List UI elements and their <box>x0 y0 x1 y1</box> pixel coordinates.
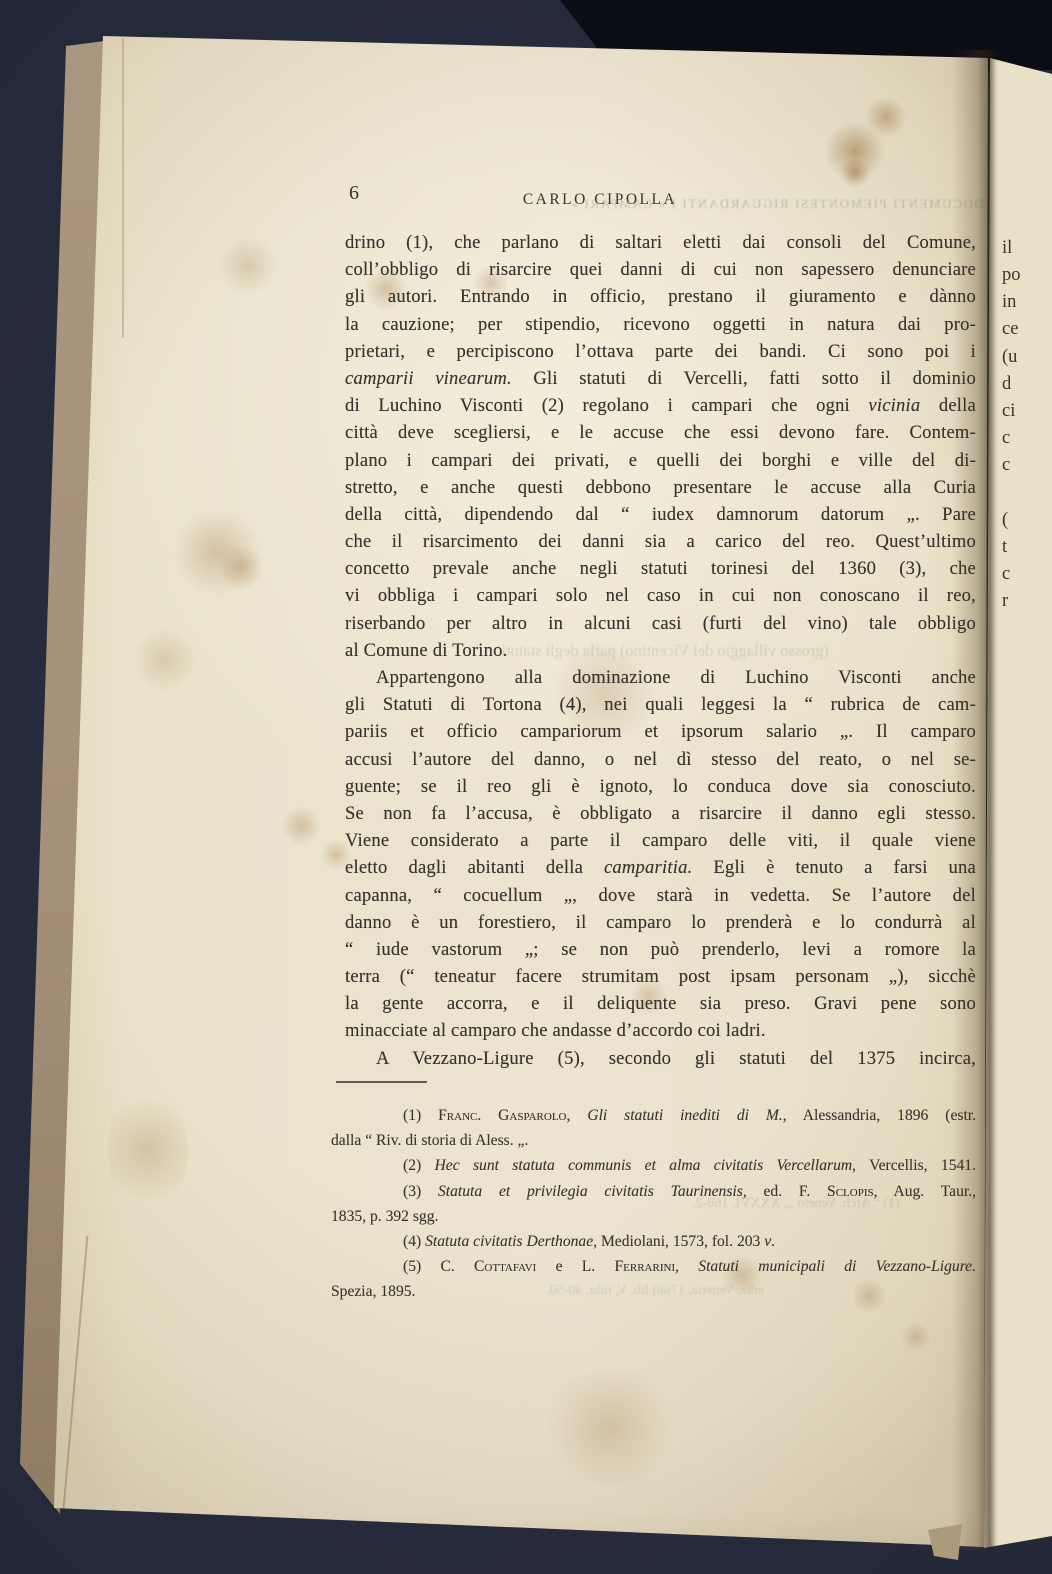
body-line: “ iude vastorum „; se non può prenderlo,… <box>345 936 976 963</box>
body-line: danno è un forestiero, il camparo lo pre… <box>345 909 976 936</box>
body-line: concetto prevale anche negli statuti tor… <box>345 555 976 582</box>
body-text: drino (1), che parlano di saltari eletti… <box>345 229 976 1072</box>
body-line: coll’obbligo di risarcire quei danni di … <box>345 256 976 283</box>
next-page-text-fragment: c <box>1002 455 1010 476</box>
next-page-text-fragment: po <box>1002 265 1021 286</box>
body-line: plano i campari dei privati, e quelli de… <box>345 447 976 474</box>
body-line: eletto dagli abitanti della camparitia. … <box>345 854 976 881</box>
left-page: 6 CARLO CIPOLLA DOCUMENTI PIEMONTESI RIG… <box>0 0 1052 1574</box>
footnotes: (1) Franc. Gasparolo, Gli statuti inedit… <box>331 1103 976 1305</box>
body-line: che il risarcimento dei danni sia a cari… <box>345 528 976 555</box>
body-line: drino (1), che parlano di saltari eletti… <box>345 229 976 256</box>
body-line: prietari, e percipiscono l’ottava parte … <box>345 338 976 365</box>
page-number: 6 <box>349 182 359 205</box>
footnote-line: (4) Statuta civitatis Derthonae, Mediola… <box>331 1229 976 1254</box>
next-page-text-fragment: (u <box>1002 347 1017 368</box>
footnote-separator <box>336 1081 427 1083</box>
footnote-line: 1835, p. 392 sgg. <box>331 1204 976 1229</box>
body-line: della città, dipendendo dal “ iudex damn… <box>345 501 976 528</box>
footnote-line: dalla “ Riv. di storia di Aless. „. <box>331 1128 976 1153</box>
body-line: Se non fa l’accusa, è obbligato a risarc… <box>345 800 976 827</box>
body-line: gli Statuti di Tortona (4), nei quali le… <box>345 691 976 718</box>
next-page-text-fragment: il <box>1002 238 1012 259</box>
gutter-shadow <box>952 50 998 1550</box>
next-page-text-fragment: d <box>1002 374 1011 395</box>
footnote-line: (2) Hec sunt statuta communis et alma ci… <box>331 1153 976 1178</box>
body-line: stretto, e anche questi debbono presenta… <box>345 474 976 501</box>
next-page-text-fragment: ce <box>1002 319 1018 340</box>
deckle-edge-mark <box>122 38 124 338</box>
body-line: Appartengono alla dominazione di Luchino… <box>345 664 976 691</box>
body-line: camparii vinearum. Gli statuti di Vercel… <box>345 365 976 392</box>
next-page-text-fragment: in <box>1002 292 1016 313</box>
body-line: terra (“ teneatur facere strumitam post … <box>345 963 976 990</box>
body-line: al Comune di Torino. <box>345 637 976 664</box>
next-page-text-fragment: c <box>1002 428 1010 449</box>
body-line: di Luchino Visconti (2) regolano i campa… <box>345 392 976 419</box>
body-line: riserbando per altro in alcuni casi (fur… <box>345 610 976 637</box>
body-line: guente; se il reo gli è ignoto, lo condu… <box>345 773 976 800</box>
body-line: pariis et officio campariorum et ipsorum… <box>345 718 976 745</box>
next-page-text-fragment: t <box>1002 537 1007 558</box>
footnote-line: Spezia, 1895. <box>331 1279 976 1304</box>
footnote-line: (5) C. Cottafavi e L. Ferrarini, Statuti… <box>331 1254 976 1279</box>
next-page-text-fragment: ci <box>1002 401 1015 422</box>
body-line: città deve scegliersi, e le accuse che e… <box>345 419 976 446</box>
next-page-text-fragment: c <box>1002 564 1010 585</box>
body-line: accusi l’autore del danno, o nel dì stes… <box>345 746 976 773</box>
next-page-text-fragment: r <box>1002 591 1008 612</box>
next-page-text-fragment: ( <box>1002 510 1008 531</box>
footnote-line: (1) Franc. Gasparolo, Gli statuti inedit… <box>331 1103 976 1128</box>
body-line: minacciate al camparo che andasse d’acco… <box>345 1017 976 1044</box>
show-through-header: DOCUMENTI PIEMONTESI RIGUARDANTI I « CAM… <box>612 196 984 212</box>
body-line: la cauzione; per stipendio, ricevono ogg… <box>345 311 976 338</box>
body-line: Viene considerato a parte il camparo del… <box>345 827 976 854</box>
body-line: vi obbliga i campari solo nel caso in cu… <box>345 582 976 609</box>
body-line: la gente accorra, e il deliquente sia pr… <box>345 990 976 1017</box>
photo-background: ilpoince(udcicc(tcr 6 CARLO CIPOLLA DOCU… <box>0 0 1052 1574</box>
body-line: A Vezzano-Ligure (5), secondo gli statut… <box>345 1045 976 1072</box>
footnote-line: (3) Statuta et privilegia civitatis Taur… <box>331 1179 976 1204</box>
body-line: gli autori. Entrando in officio, prestan… <box>345 283 976 310</box>
body-line: capanna, “ cocuellum „, dove starà in ve… <box>345 882 976 909</box>
